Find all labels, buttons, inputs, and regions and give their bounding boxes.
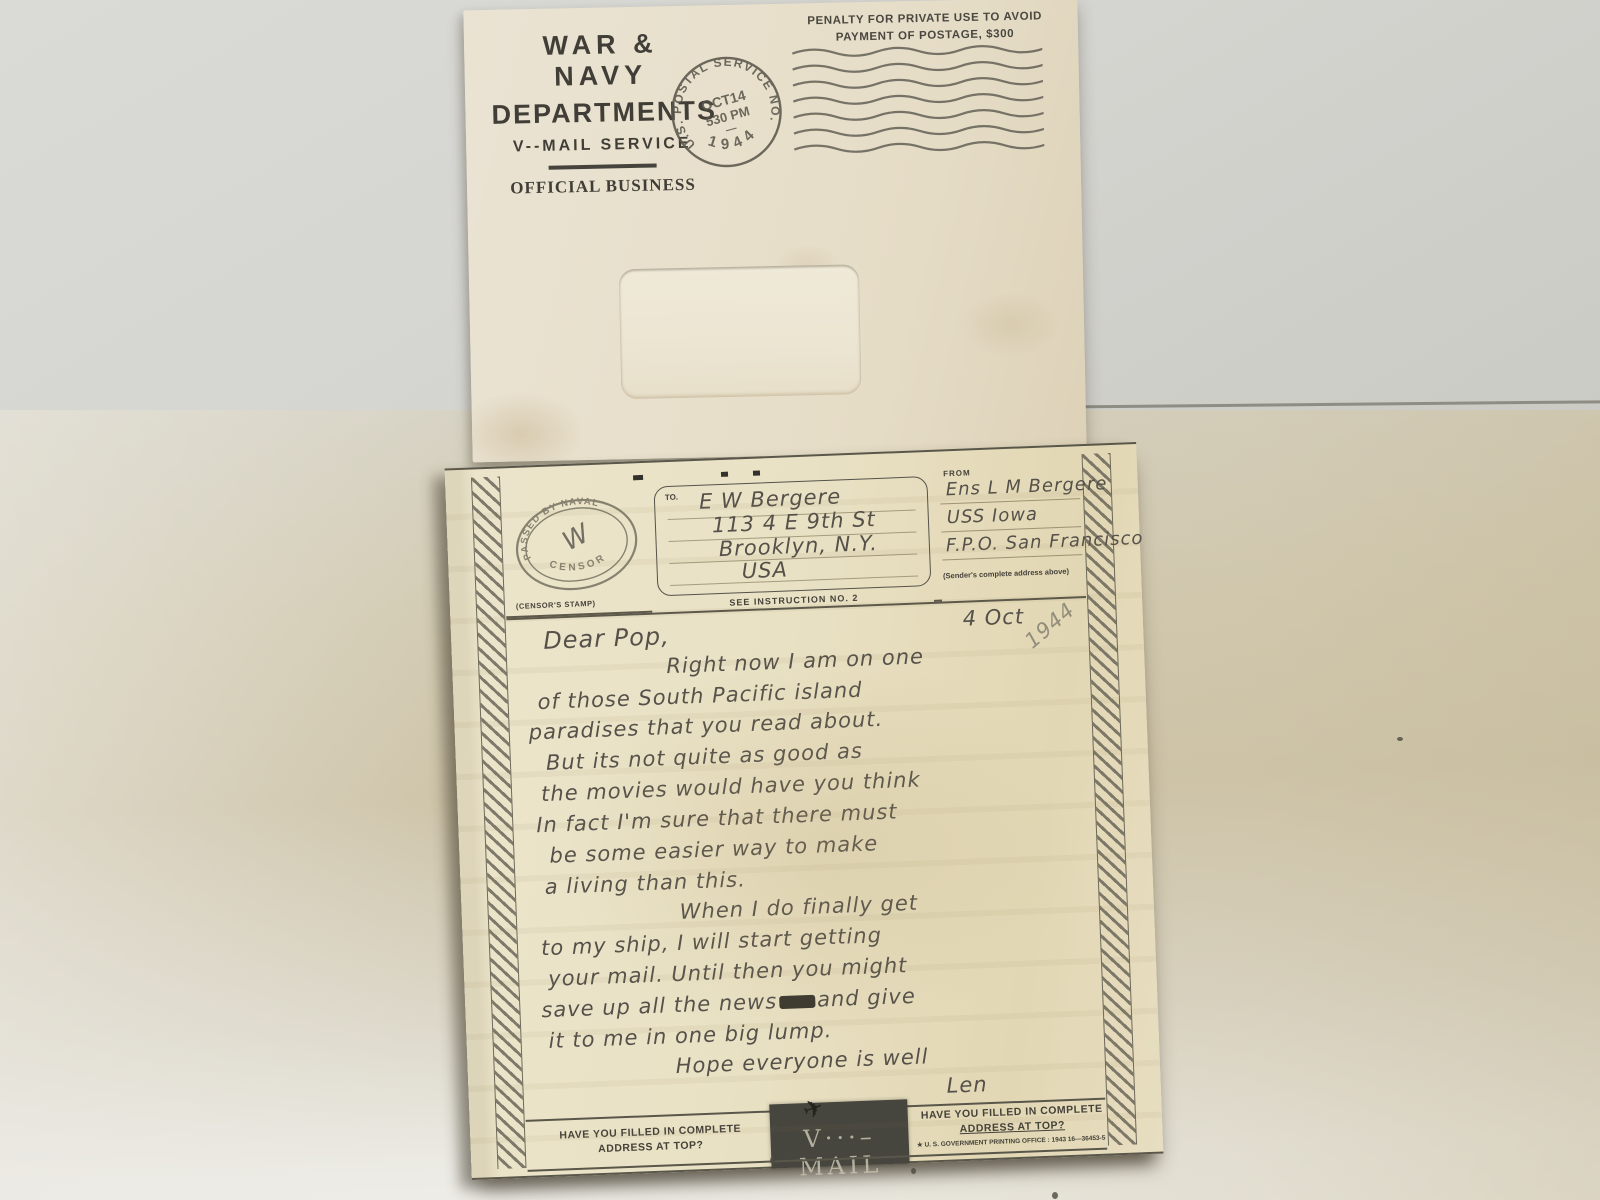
handwritten-line: Right now I am on one	[666, 644, 924, 678]
censor-stamp-icon: PASSED BY NAVAL CENSOR W	[501, 481, 652, 609]
handwritten-text: and give	[817, 984, 917, 1012]
footer-right-question: HAVE YOU FILLED IN COMPLETE ADDRESS AT T…	[912, 1101, 1113, 1139]
letter-form: PASSED BY NAVAL CENSOR W (CENSOR'S STAMP…	[445, 442, 1164, 1180]
envelope-window	[619, 264, 862, 399]
to-label: TO.	[665, 493, 679, 502]
paper-speck	[1052, 1192, 1058, 1199]
penalty-notice: PENALTY FOR PRIVATE USE TO AVOID PAYMENT…	[771, 8, 1078, 48]
footer-left-question: HAVE YOU FILLED IN COMPLETE ADDRESS AT T…	[532, 1121, 769, 1160]
airplane-icon: ✈	[799, 1092, 828, 1126]
envelope-official-business: OFFICIAL BUSINESS	[493, 174, 713, 199]
letter-date-pencil: 1944	[1020, 598, 1079, 653]
paper-speck	[770, 1157, 775, 1164]
from-label: FROM	[943, 468, 971, 478]
handwritten-line: to my ship, I will start getting	[541, 923, 883, 960]
cancellation-lines-icon	[790, 42, 1044, 165]
handwritten-line: When I do finally get	[679, 891, 918, 924]
registration-mark	[633, 475, 643, 480]
from-line: USS Iowa	[946, 504, 1038, 528]
registration-mark	[753, 470, 760, 475]
letter-date-ink: 4 Oct	[962, 604, 1024, 630]
to-line: USA	[741, 557, 788, 583]
photo-scene: WAR & NAVY DEPARTMENTS V--MAIL SERVICE O…	[0, 0, 1600, 1200]
handwritten-line: paradises that you read about.	[528, 707, 883, 745]
gpo-star-icon: ★	[917, 1142, 923, 1149]
registration-mark	[721, 472, 728, 477]
handwritten-line: Hope everyone is well	[675, 1044, 929, 1078]
paper-speck	[1397, 737, 1403, 741]
sender-note: (Sender's complete address above)	[943, 567, 1069, 581]
signature: Len	[946, 1072, 988, 1098]
censor-initials: W	[558, 518, 596, 557]
handwritten-line: save up all the newsand give	[541, 984, 916, 1022]
vmail-envelope: WAR & NAVY DEPARTMENTS V--MAIL SERVICE O…	[463, 0, 1086, 462]
envelope-rule	[549, 163, 657, 169]
ruled-line	[670, 575, 918, 586]
hatch-border-right	[1082, 453, 1138, 1146]
to-address-box: TO. E W Bergere 113 4 E 9th St Brooklyn,…	[653, 476, 931, 596]
handwritten-text: save up all the news	[541, 989, 778, 1022]
handwritten-line: be some easier way to make	[549, 831, 879, 868]
vmail-logo-text: V···–MAIL	[770, 1121, 910, 1182]
handwritten-line: But its not quite as good as	[546, 739, 864, 775]
censor-stamp-caption: (CENSOR'S STAMP)	[516, 599, 596, 611]
handwritten-line: a living than this.	[544, 867, 746, 899]
vmail-letter: PASSED BY NAVAL CENSOR W (CENSOR'S STAMP…	[445, 442, 1164, 1180]
paper-speck	[911, 1168, 916, 1174]
crossed-out-word	[779, 994, 815, 1008]
handwritten-line: it to me in one big lump.	[548, 1018, 833, 1053]
handwritten-line: Dear Pop,	[543, 622, 670, 655]
